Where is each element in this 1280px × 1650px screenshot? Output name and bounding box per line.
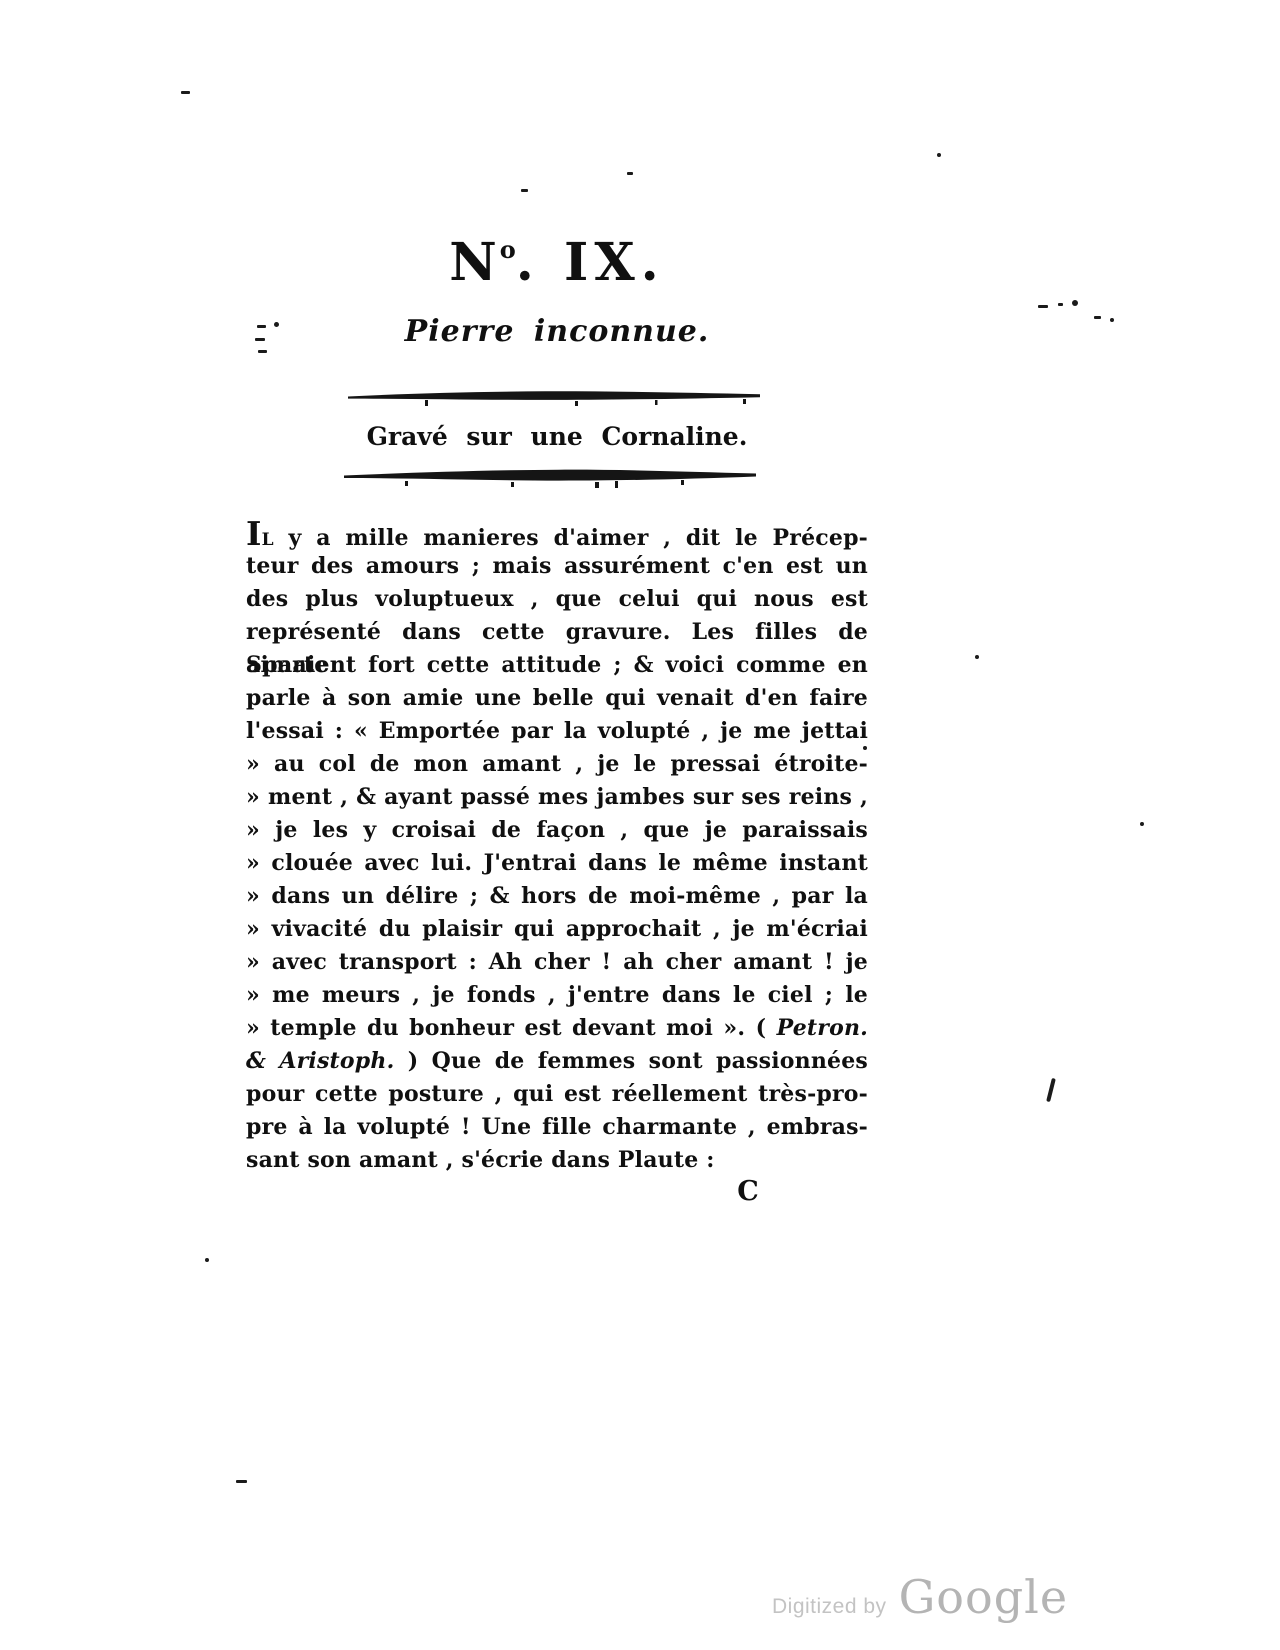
body-line: » vivacité du plaisir qui approchait , j… bbox=[246, 913, 868, 946]
ink-speck bbox=[863, 746, 867, 750]
swelled-rule-top bbox=[347, 388, 761, 408]
ink-speck bbox=[255, 338, 265, 341]
body-text: IL y a mille manieres d'aimer , dit le P… bbox=[246, 517, 868, 1177]
ink-speck bbox=[1140, 822, 1144, 826]
body-line: » clouée avec lui. J'entrai dans le même… bbox=[246, 847, 868, 880]
ink-speck bbox=[236, 1480, 247, 1483]
ink-speck bbox=[205, 1258, 209, 1262]
page-title: No. IX. bbox=[246, 232, 868, 293]
swelled-rule-bottom bbox=[343, 466, 757, 488]
engraving-caption: Gravé sur une Cornaline. bbox=[246, 422, 868, 451]
book-page: No. IX. Pierre inconnue. Gravé sur une C… bbox=[0, 0, 1280, 1650]
body-line: teur des amours ; mais assurément c'en e… bbox=[246, 550, 868, 583]
ink-speck bbox=[1072, 300, 1078, 306]
body-line: aimaient fort cette attitude ; & voici c… bbox=[246, 649, 868, 682]
title-numeral: . IX. bbox=[516, 232, 665, 293]
page-subtitle: Pierre inconnue. bbox=[246, 314, 868, 349]
ink-speck bbox=[1058, 303, 1063, 306]
body-line: » au col de mon amant , je le pressai ét… bbox=[246, 748, 868, 781]
body-line: » avec transport : Ah cher ! ah cher ama… bbox=[246, 946, 868, 979]
ink-speck bbox=[1110, 318, 1114, 322]
body-line: » dans un délire ; & hors de moi-même , … bbox=[246, 880, 868, 913]
body-line: IL y a mille manieres d'aimer , dit le P… bbox=[246, 517, 868, 550]
body-line: » je les y croisai de façon , que je par… bbox=[246, 814, 868, 847]
ink-speck bbox=[257, 325, 266, 328]
body-line: l'essai : « Emportée par la volupté , je… bbox=[246, 715, 868, 748]
watermark-digitized-by: Digitized by bbox=[772, 1595, 887, 1619]
ink-speck bbox=[975, 655, 979, 659]
body-line: » ment , & ayant passé mes jambes sur se… bbox=[246, 781, 868, 814]
title-superscript: o bbox=[500, 235, 516, 264]
ink-speck bbox=[937, 153, 941, 157]
ink-speck bbox=[521, 189, 528, 192]
title-letter: N bbox=[449, 232, 500, 293]
ink-speck bbox=[258, 350, 267, 353]
ink-speck bbox=[1038, 305, 1048, 308]
ink-speck bbox=[181, 91, 190, 94]
ink-speck bbox=[627, 172, 633, 175]
body-line: pour cette posture , qui est réellement … bbox=[246, 1078, 868, 1111]
body-line: & Aristoph. ) Que de femmes sont passion… bbox=[246, 1045, 868, 1078]
body-line: » me meurs , je fonds , j'entre dans le … bbox=[246, 979, 868, 1012]
watermark: Digitized by Google bbox=[772, 1570, 1068, 1624]
body-line: pre à la volupté ! Une fille charmante ,… bbox=[246, 1111, 868, 1144]
body-line: représenté dans cette gravure. Les fille… bbox=[246, 616, 868, 649]
ink-speck bbox=[1094, 316, 1101, 319]
body-line: des plus voluptueux , que celui qui nous… bbox=[246, 583, 868, 616]
body-line: sant son amant , s'écrie dans Plaute : bbox=[246, 1144, 868, 1177]
catchword: C bbox=[736, 1176, 760, 1207]
google-logo: Google bbox=[899, 1570, 1069, 1624]
ink-speck bbox=[274, 322, 279, 327]
body-line: » temple du bonheur est devant moi ». ( … bbox=[246, 1012, 868, 1045]
body-line: parle à son amie une belle qui venait d'… bbox=[246, 682, 868, 715]
ink-speck bbox=[1046, 1078, 1056, 1102]
